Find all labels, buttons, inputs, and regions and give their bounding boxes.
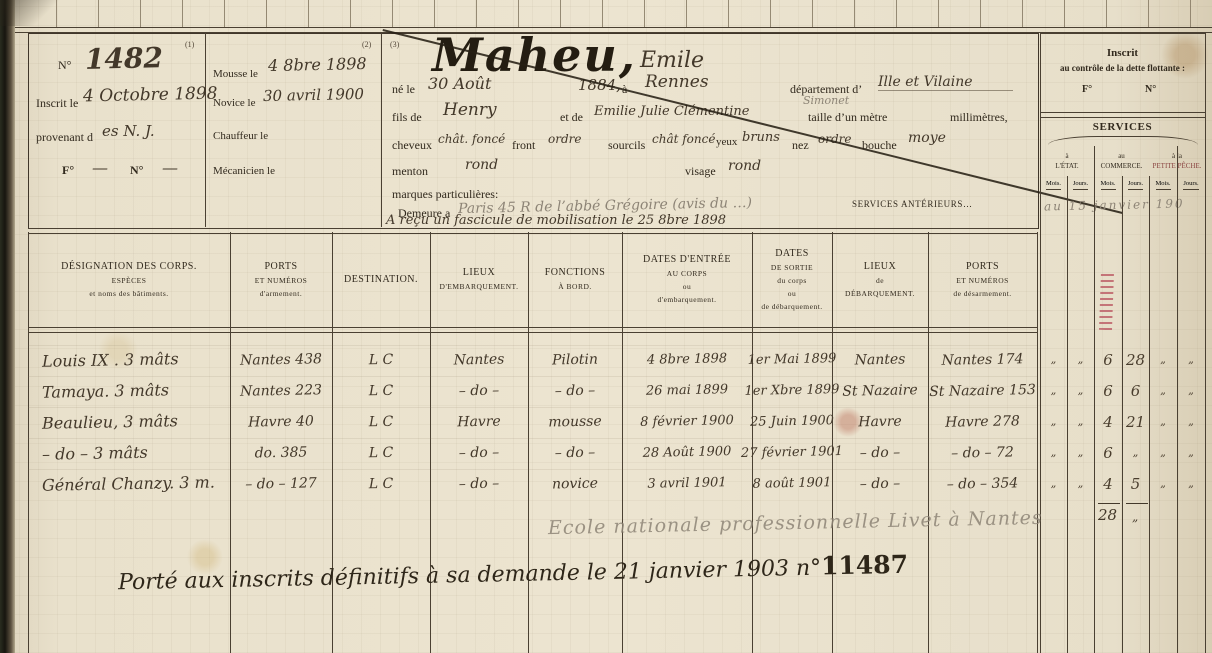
service-cell: 28 [1123,344,1148,375]
folio-label: F° [62,163,74,178]
table-cell: 4 8bre 1898 [624,343,751,376]
table-body: Louis IX . 3 mâtsNantes 438L CNantesPilo… [28,340,1037,500]
table-column-line [1037,232,1038,653]
ne-label: né le [392,82,415,97]
table-cell: Louis IX . 3 mâts [30,342,241,377]
novice-label: Novice le [213,97,255,109]
services-anterieurs-label: SERVICES ANTÉRIEURS… [852,199,973,209]
service-cell: „ [1150,344,1176,375]
footnote-ref-2: (2) [362,40,371,49]
red-hatch-mark [1099,272,1114,330]
num-label: N° [130,163,143,178]
services-subheader: Jours. [1068,178,1093,192]
sourcils-label: sourcils [608,138,645,153]
cheveux-label: cheveux [392,138,432,153]
table-cell: – do – [834,436,927,469]
column-header: DESTINATION. [334,233,428,325]
mm-label: millimètres, [950,110,1008,125]
dette-divider-rule [1040,112,1205,118]
table-cell: Nantes [432,343,527,376]
visage-value: rond [728,158,761,174]
service-cell: „ [1178,406,1204,437]
service-cell: 6 [1123,375,1148,406]
column-header: DATES D'ENTRÉEAU CORPSoud'embarquement. [624,233,750,325]
table-cell: – do – 354 [930,467,1036,500]
table-cell: 28 Août 1900 [624,436,751,469]
matricule-no-label: N° [58,58,71,73]
inscrits-definitifs-note: Porté aux inscrits définitifs à sa deman… [118,550,909,596]
birth-day: 30 Août [428,74,491,93]
service-cell: „ [1178,437,1204,468]
service-cell: „ [1068,406,1093,437]
service-cell: „ [1150,375,1176,406]
service-cell: 6 [1095,437,1121,468]
table-cell: L C [334,374,429,407]
dette-folio-label: F° [1082,84,1092,95]
father-name: Henry [443,100,497,120]
mousse-label: Mousse le [213,68,258,80]
column-header: PORTSET NUMÉROSd'armement. [232,233,330,325]
services-group-etat: àL'ÉTAT. [1040,146,1094,176]
service-cell: „ [1041,406,1066,437]
front-value: ordre [548,132,581,146]
table-cell: – do – 72 [930,436,1036,469]
table-cell: 8 août 1901 [754,467,831,499]
taille-label: taille d’un mètre [808,110,887,125]
mousse-value: 4 8bre 1898 [268,54,367,75]
table-cell: Nantes 438 [232,343,331,376]
menton-value: rond [465,157,498,173]
column-header: DÉSIGNATION DES CORPS.ESPÈCESet noms des… [30,233,228,325]
service-cell: 4 [1095,406,1121,437]
table-cell: – do – 3 mâts [30,435,241,470]
service-cell: „ [1068,344,1093,375]
table-cell: Havre [834,405,927,438]
table-cell: St Nazaire 153 [930,374,1036,407]
visage-label: visage [685,164,716,179]
birth-place: Rennes [645,72,709,92]
service-cell: „ [1068,437,1093,468]
service-cell: „ [1041,468,1066,499]
yeux-label: yeux [716,136,737,148]
table-cell: Nantes 223 [232,374,331,407]
footnote-ref-3: (3) [390,40,399,49]
service-cell: „ [1068,375,1093,406]
bouche-value: moye [908,130,946,146]
table-cell: – do – [834,467,927,500]
service-cell: 4 [1095,468,1121,499]
service-cell: „ [1041,344,1066,375]
firstname: Emile [640,48,704,73]
services-subheader: Jours. [1123,178,1148,192]
etde-label: et de [560,110,583,125]
service-cell: „ [1150,437,1176,468]
top-ruled-strip [15,0,1212,27]
table-cell: 8 février 1900 [624,405,751,438]
dept-value: Ille et Vilaine [878,74,1013,91]
table-cell: L C [334,343,429,376]
table-cell: Tamaya. 3 mâts [30,373,241,408]
dette-num-label: N° [1145,84,1156,95]
table-header-bottom-rule [28,327,1037,333]
inscrits-definitifs-text: Porté aux inscrits définitifs à sa deman… [118,556,822,596]
table-cell: L C [334,467,429,500]
table-cell: – do – [432,374,527,407]
service-cell: „ [1178,344,1204,375]
service-cell: „ [1178,375,1204,406]
table-cell: 25 Juin 1900 [754,405,831,437]
column-header: DATESDE SORTIEdu corpsoude débarquement. [754,233,830,325]
column-header: LIEUXD'EMBARQUEMENT. [432,233,526,325]
table-cell: Havre 278 [930,405,1036,438]
mother-name: Emilie Julie Clémentine [594,104,749,119]
services-subheader: Mois. [1095,178,1121,192]
table-cell: L C [334,436,429,469]
table-cell: 26 mai 1899 [624,374,751,407]
table-cell: 3 avril 1901 [624,467,751,500]
chauffeur-label: Chauffeur le [213,130,268,142]
sourcils-value: chât foncé [652,132,715,146]
table-cell: – do – [432,436,527,469]
book-binding-edge [0,0,15,653]
table-cell: – do – [530,436,621,469]
matricule-no-value: 1482 [85,41,164,76]
service-cell: „ [1123,437,1148,468]
table-cell: Havre [432,405,527,438]
services-total-jours: „ [1132,510,1138,524]
nez-label: nez [792,138,809,153]
column-header: FONCTIONSÀ BORD. [530,233,620,325]
front-label: front [512,138,535,153]
column-header: LIEUXdeDÉBARQUEMENT. [834,233,926,325]
table-cell: – do – [432,467,527,500]
table-cell: St Nazaire [834,374,927,407]
table-cell: – do – [530,374,621,407]
column-header: PORTSET NUMÉROSde désarmement. [930,233,1035,325]
cheveux-value: chât. foncé [438,132,505,146]
fils-label: fils de [392,110,422,125]
footnote-ref-1: (1) [185,40,194,49]
table-cell: Nantes [834,343,927,376]
service-cell: „ [1150,468,1176,499]
mecanicien-label: Mécanicien le [213,165,275,177]
inscrit-label: Inscrit le [36,96,78,111]
table-cell: novice [530,467,621,500]
inscrits-definitifs-number: 11487 [821,550,909,581]
table-cell: do. 385 [232,436,331,469]
service-cell: 5 [1123,468,1148,499]
services-group-commerce: auCOMMERCE. [1094,146,1149,176]
fascicule-note: A reçu un fascicule de mobilisation le 2… [386,213,726,228]
total-rule-jours [1126,503,1148,504]
dette-line1: Inscrit [1040,46,1205,60]
mother-note: Simonet [803,94,849,107]
services-subheader: Mois. [1150,178,1176,192]
header-box-divider-2 [381,33,382,227]
table-cell: L C [334,405,429,438]
service-cell: „ [1178,468,1204,499]
services-total-mois: 28 [1098,506,1117,524]
services-subheader: Mois. [1041,178,1066,192]
yeux-value: bruns [742,130,780,145]
table-cell: Beaulieu, 3 mâts [30,404,241,439]
table-cell: Havre 40 [232,405,331,438]
table-cell: 27 février 1901 [754,436,831,468]
table-cell: 1er Xbre 1899 [754,374,831,406]
table-cell: 1er Mai 1899 [754,343,831,375]
services-pencil-note: au 15 janvier 190 [1044,197,1185,214]
right-panel-right-border [1205,33,1206,653]
header-box-divider-1 [205,33,206,227]
inscrit-value: 4 Octobre 1898 [83,84,218,107]
document-page: (1) N° 1482 Inscrit le 4 Octobre 1898 pr… [0,0,1212,653]
dette-line2: au contrôle de la dette flottante : [1040,62,1205,74]
service-cell: „ [1041,375,1066,406]
total-rule-mois [1098,503,1120,504]
table-cell: mousse [530,405,621,438]
table-cell: – do – 127 [232,467,331,500]
service-cell: „ [1041,437,1066,468]
services-subheader: Jours. [1178,178,1204,192]
service-cell: 6 [1095,375,1121,406]
service-cell: „ [1068,468,1093,499]
provenant-value: es N. J. [102,122,155,140]
services-title: SERVICES [1040,120,1205,134]
table-cell: Pilotin [530,343,621,376]
services-brace [1048,136,1198,145]
provenant-label: provenant d [36,130,93,145]
service-cell: 21 [1123,406,1148,437]
table-cell: Nantes 174 [930,343,1036,376]
num-value: — [162,158,178,177]
folio-value: — [92,158,108,177]
service-cell: „ [1150,406,1176,437]
table-cell: Général Chanzy. 3 m. [30,466,241,501]
menton-label: menton [392,164,428,179]
right-panel-top-border [1040,33,1205,34]
novice-value: 30 avril 1900 [263,85,364,105]
service-cell: 6 [1095,344,1121,375]
